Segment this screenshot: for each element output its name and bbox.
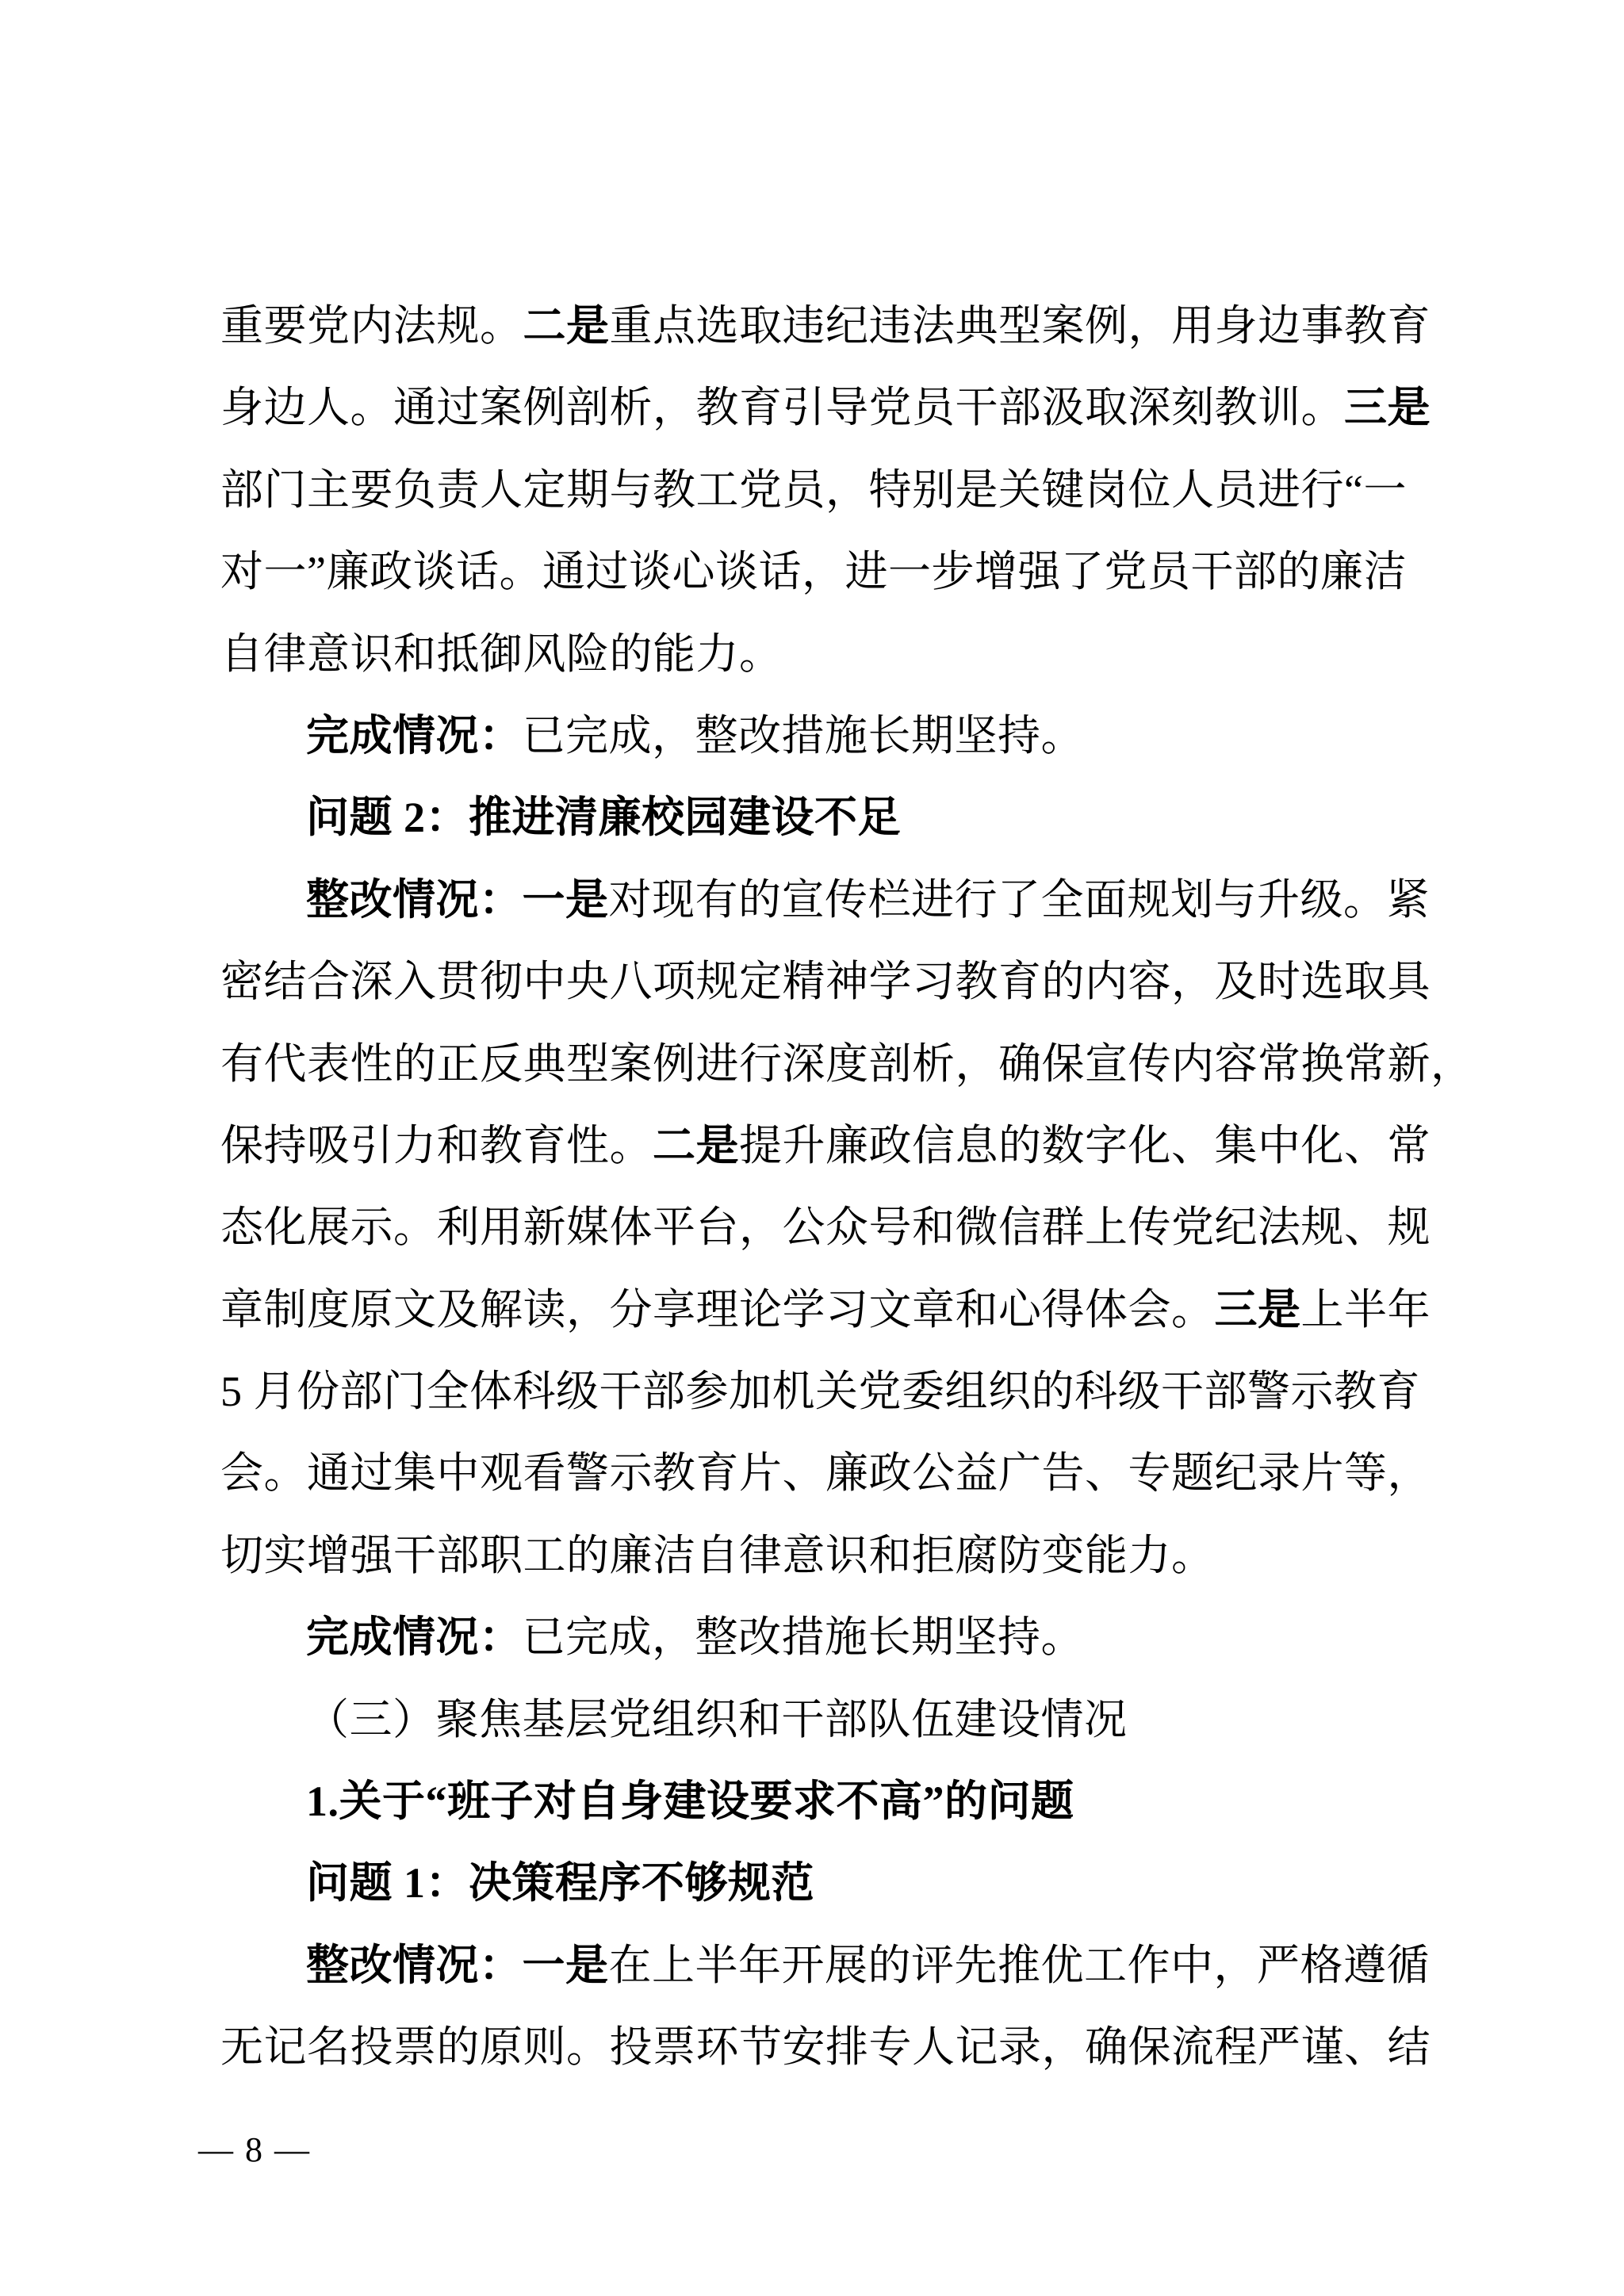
page-number-footer: — 8 — (198, 2130, 311, 2171)
text-line: 章制度原文及解读，分享理论学习文章和心得体会。三是上半年 (220, 1269, 1426, 1351)
text-segment: 问题 1：决策程序不够规范 (306, 1859, 814, 1907)
text-segment: 三是 (1215, 1286, 1301, 1334)
text-line: 完成情况：已完成，整改措施长期坚持。 (220, 1597, 1426, 1678)
text-segment: 1.关于“班子对自身建设要求不高”的问题 (306, 1777, 1074, 1825)
text-segment: 问题 2：推进清廉校园建设不足 (306, 794, 901, 841)
text-segment: 一是 (523, 1942, 609, 1989)
text-segment: 态化展示。利用新媒体平台，公众号和微信群上传党纪法规、规 (220, 1203, 1431, 1251)
text-line: 无记名投票的原则。投票环节安排专人记录，确保流程严谨、结 (220, 2007, 1426, 2088)
text-segment: 整改情况： (306, 876, 523, 924)
text-segment: 保持吸引力和教育性。 (220, 1122, 653, 1169)
text-segment: 对现有的宣传栏进行了全面规划与升级。紧 (609, 876, 1431, 924)
text-segment: 二是 (523, 302, 610, 350)
text-segment: 重要党内法规。 (220, 302, 523, 350)
text-segment: 整改情况： (306, 1942, 523, 1989)
text-line: 对一”廉政谈话。通过谈心谈话，进一步增强了党员干部的廉洁 (220, 531, 1426, 613)
text-line: 整改情况：一是对现有的宣传栏进行了全面规划与升级。紧 (220, 859, 1426, 941)
text-segment: 三是 (1344, 384, 1431, 431)
text-line: 保持吸引力和教育性。二是提升廉政信息的数字化、集中化、常 (220, 1105, 1426, 1187)
text-segment: 二是 (653, 1122, 739, 1169)
text-segment: 有代表性的正反典型案例进行深度剖析，确保宣传内容常换常新， (220, 1040, 1474, 1088)
text-line: 5 月份部门全体科级干部参加机关党委组织的科级干部警示教育 (220, 1351, 1426, 1433)
text-segment: 在上半年开展的评先推优工作中，严格遵循 (609, 1942, 1431, 1989)
text-line: 完成情况：已完成，整改措施长期坚持。 (220, 695, 1426, 777)
text-segment: 已完成，整改措施长期坚持。 (523, 712, 1085, 760)
text-line: 部门主要负责人定期与教工党员，特别是关键岗位人员进行“一 (220, 450, 1426, 531)
text-line: 态化展示。利用新媒体平台，公众号和微信群上传党纪法规、规 (220, 1187, 1426, 1269)
text-segment: 会。通过集中观看警示教育片、廉政公益广告、专题纪录片等， (220, 1449, 1431, 1497)
text-segment: 章制度原文及解读，分享理论学习文章和心得体会。 (220, 1286, 1215, 1334)
text-segment: 自律意识和抵御风险的能力。 (220, 630, 783, 678)
text-segment: 切实增强干部职工的廉洁自律意识和拒腐防变能力。 (220, 1532, 1215, 1579)
text-line: 切实增强干部职工的廉洁自律意识和拒腐防变能力。 (220, 1515, 1426, 1597)
text-line: 问题 2：推进清廉校园建设不足 (220, 777, 1426, 859)
text-segment: 5 月份部门全体科级干部参加机关党委组织的科级干部警示教育 (220, 1368, 1420, 1415)
document-page: 重要党内法规。二是重点选取违纪违法典型案例，用身边事教育身边人。通过案例剖析，教… (0, 0, 1624, 2296)
text-segment: 上半年 (1301, 1286, 1431, 1334)
text-line: 整改情况：一是在上半年开展的评先推优工作中，严格遵循 (220, 1925, 1426, 2007)
text-segment: 无记名投票的原则。投票环节安排专人记录，确保流程严谨、结 (220, 2023, 1431, 2071)
text-line: 会。通过集中观看警示教育片、廉政公益广告、专题纪录片等， (220, 1433, 1426, 1514)
text-segment: 对一”廉政谈话。通过谈心谈话，进一步增强了党员干部的廉洁 (220, 548, 1407, 595)
text-line: （三）聚焦基层党组织和干部队伍建设情况 (220, 1679, 1426, 1761)
text-segment: 一是 (523, 876, 609, 924)
text-line: 有代表性的正反典型案例进行深度剖析，确保宣传内容常换常新， (220, 1024, 1426, 1105)
text-block: 重要党内法规。二是重点选取违纪违法典型案例，用身边事教育身边人。通过案例剖析，教… (220, 285, 1426, 2089)
text-line: 重要党内法规。二是重点选取违纪违法典型案例，用身边事教育 (220, 285, 1426, 367)
text-line: 身边人。通过案例剖析，教育引导党员干部汲取深刻教训。三是 (220, 367, 1426, 449)
text-segment: 部门主要负责人定期与教工党员，特别是关键岗位人员进行“一 (220, 466, 1407, 514)
text-segment: 身边人。通过案例剖析，教育引导党员干部汲取深刻教训。 (220, 384, 1344, 431)
text-segment: 重点选取违纪违法典型案例，用身边事教育 (610, 302, 1431, 350)
text-segment: 提升廉政信息的数字化、集中化、常 (739, 1122, 1431, 1169)
text-line: 密结合深入贯彻中央八项规定精神学习教育的内容，及时选取具 (220, 941, 1426, 1023)
text-line: 1.关于“班子对自身建设要求不高”的问题 (220, 1761, 1426, 1843)
text-segment: 已完成，整改措施长期坚持。 (523, 1613, 1085, 1661)
text-segment: 完成情况： (306, 1613, 523, 1661)
text-segment: 密结合深入贯彻中央八项规定精神学习教育的内容，及时选取具 (220, 958, 1431, 1005)
text-segment: 完成情况： (306, 712, 523, 760)
text-line: 自律意识和抵御风险的能力。 (220, 614, 1426, 695)
text-line: 问题 1：决策程序不够规范 (220, 1843, 1426, 1924)
text-segment: （三）聚焦基层党组织和干部队伍建设情况 (306, 1696, 1128, 1743)
